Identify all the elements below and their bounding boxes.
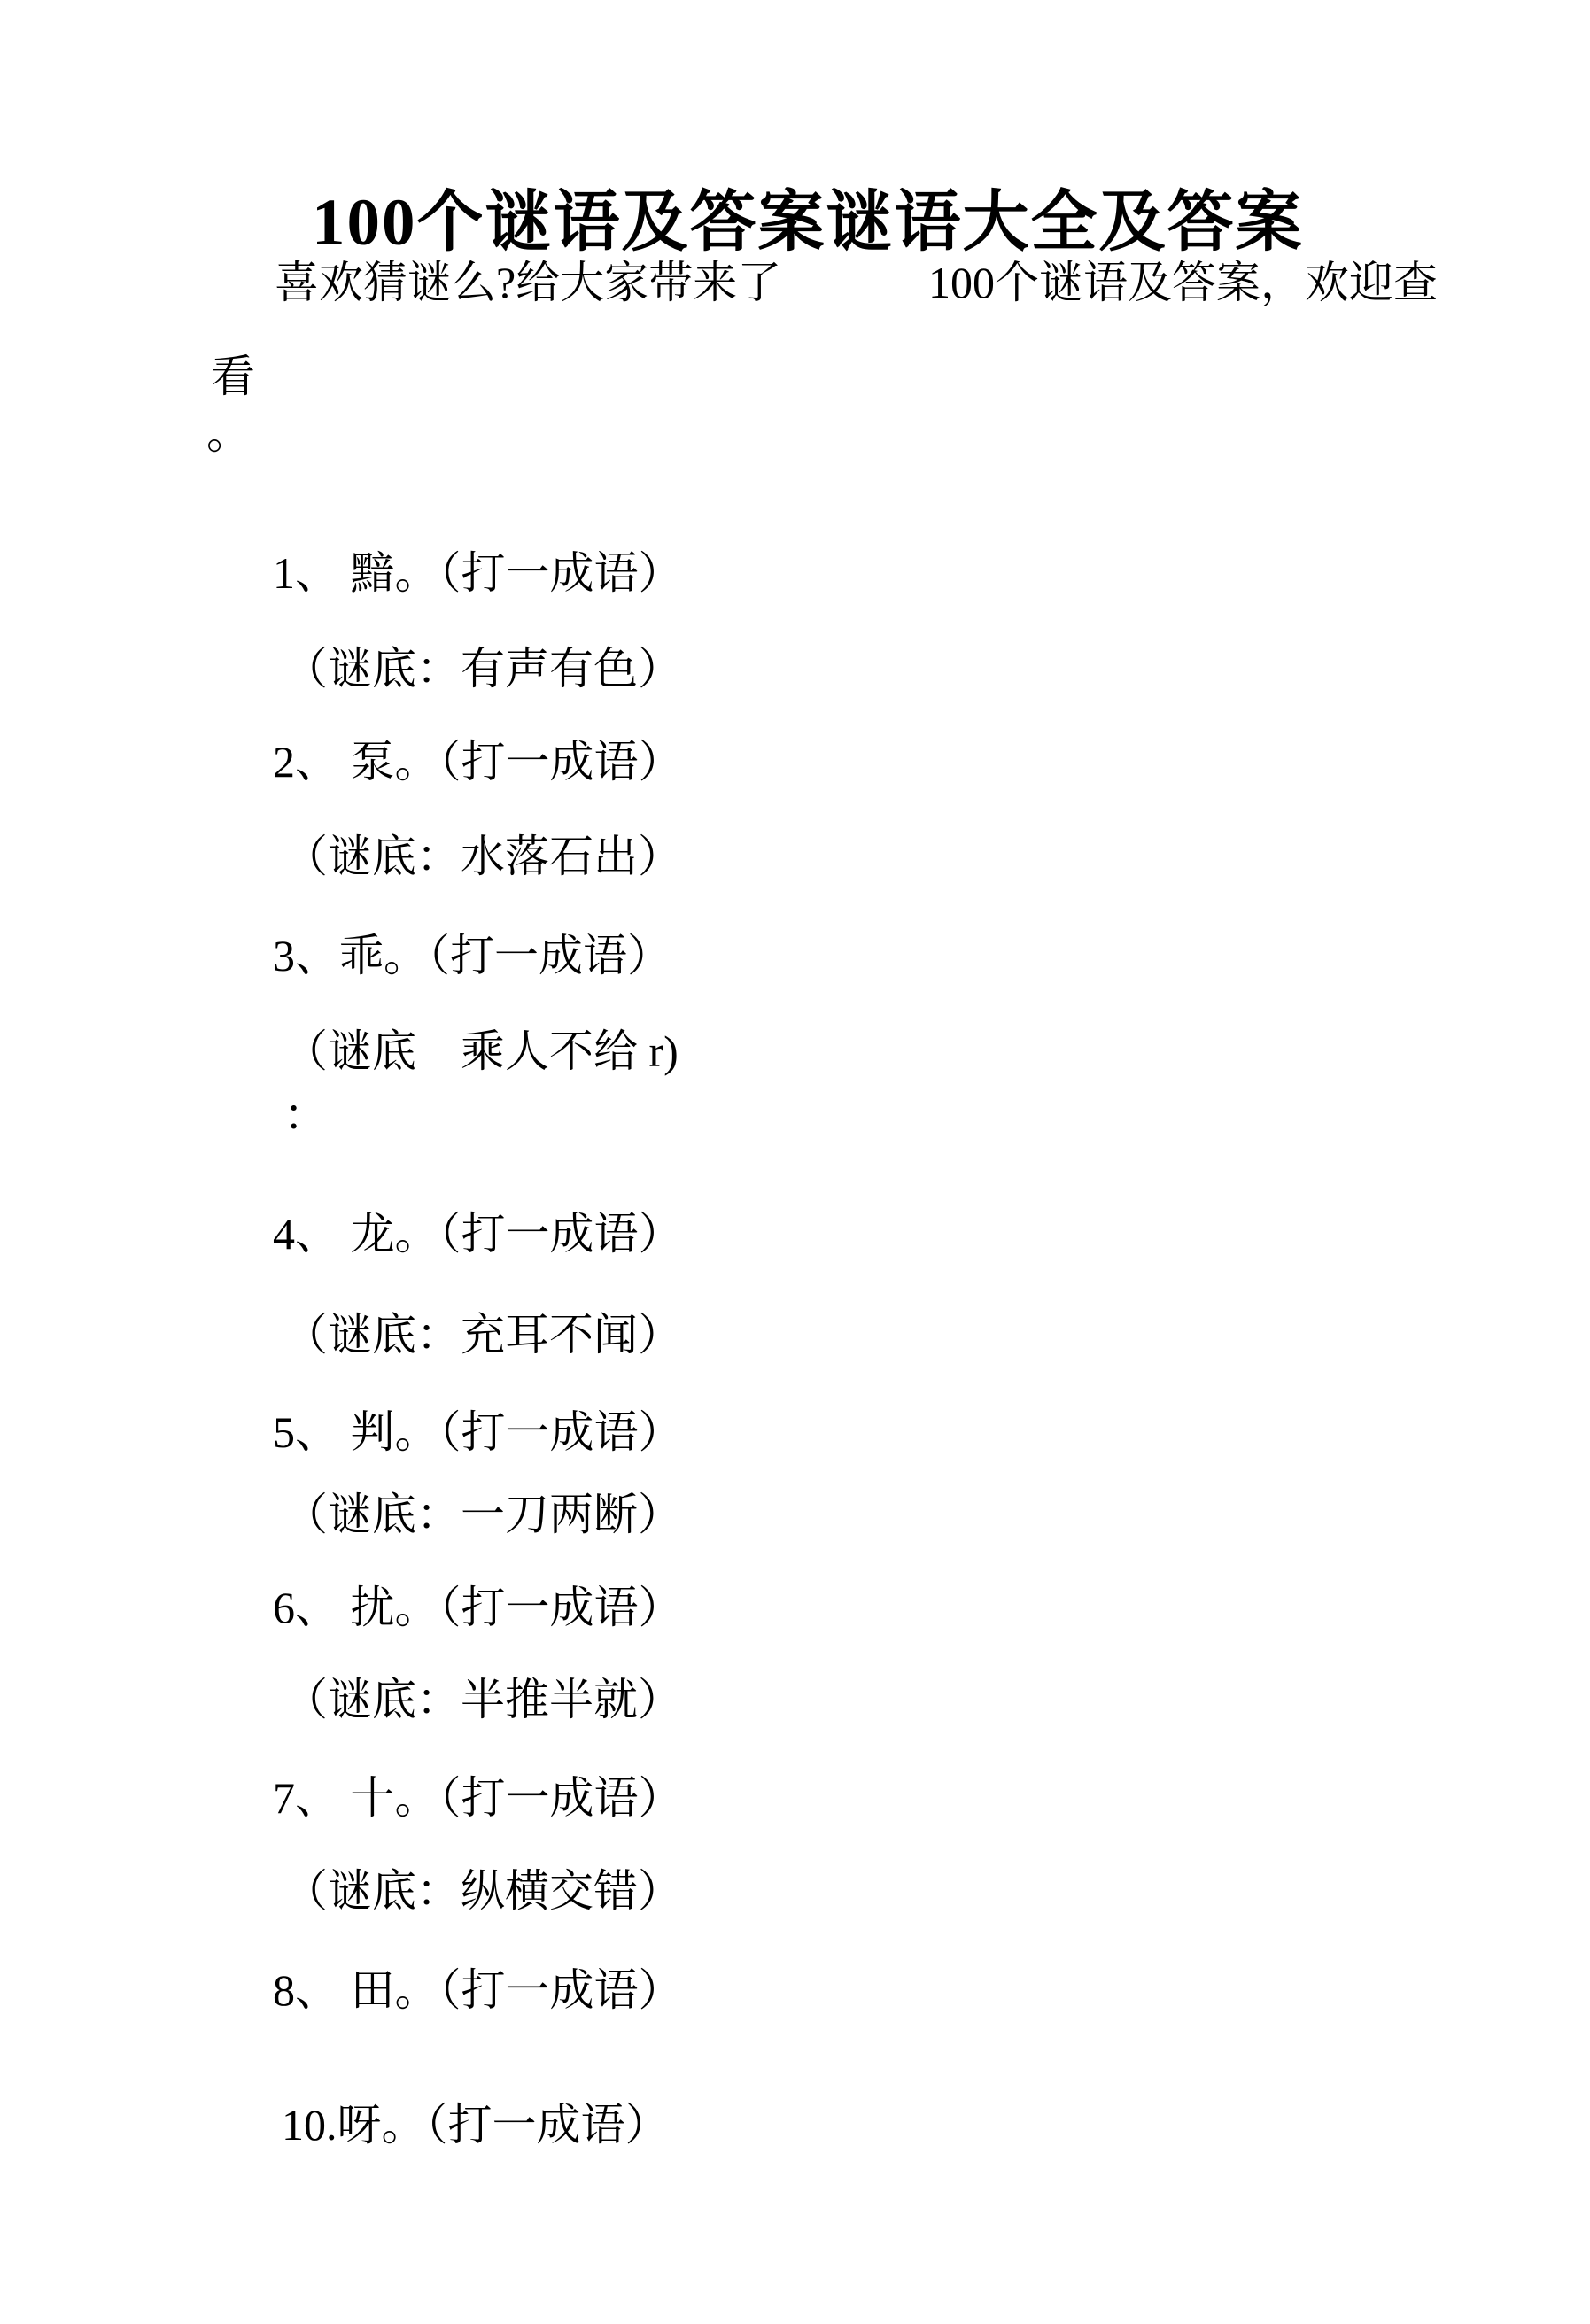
riddle-clue: 5、 判。（打一成语） [273, 1408, 683, 1457]
riddle-clue: 4、 龙。（打一成语） [273, 1210, 683, 1259]
riddle-clue: 3、乖。（打一成语） [273, 932, 671, 980]
riddle-clue: 2、 泵。（打一成语） [273, 738, 683, 786]
riddle-answer: （谜底：一刀两断） [283, 1491, 682, 1539]
intro-wrap-period: 。 [206, 409, 251, 458]
riddle-clue: 1、 黯。（打一成语） [273, 549, 683, 598]
riddle-clue: 7、 十。（打一成语） [273, 1774, 683, 1823]
riddle-answer: （谜底：充耳不闻） [283, 1311, 682, 1360]
intro-wrap-char: 看 [211, 352, 255, 401]
intro-text-part2: 100个谜语及答案，欢迎查 [928, 259, 1438, 307]
riddle-answer-overflow: ： [283, 1091, 328, 1140]
riddle-answer: （谜底：半推半就） [283, 1676, 682, 1724]
riddle-answer: （谜底：水落石出） [283, 833, 682, 881]
riddle-clue: 6、 扰。（打一成语） [273, 1584, 683, 1632]
riddle-clue: 10.呀。（打一成语） [282, 2101, 670, 2150]
riddle-answer: （谜底 乘人不给 r) [283, 1027, 679, 1076]
riddle-answer: （谜底：有声有色） [283, 645, 682, 693]
riddle-answer: （谜底：纵横交错） [283, 1867, 682, 1916]
intro-text-part1: 喜欢猜谜么?给大家带来了 [275, 259, 781, 307]
riddle-clue: 8、 田。（打一成语） [273, 1966, 683, 2015]
document-title: 100个谜语及答案谜语大全及答案 [312, 190, 1304, 256]
document-page: 100个谜语及答案谜语大全及答案 喜欢猜谜么?给大家带来了 100个谜语及答案，… [0, 0, 1590, 2324]
